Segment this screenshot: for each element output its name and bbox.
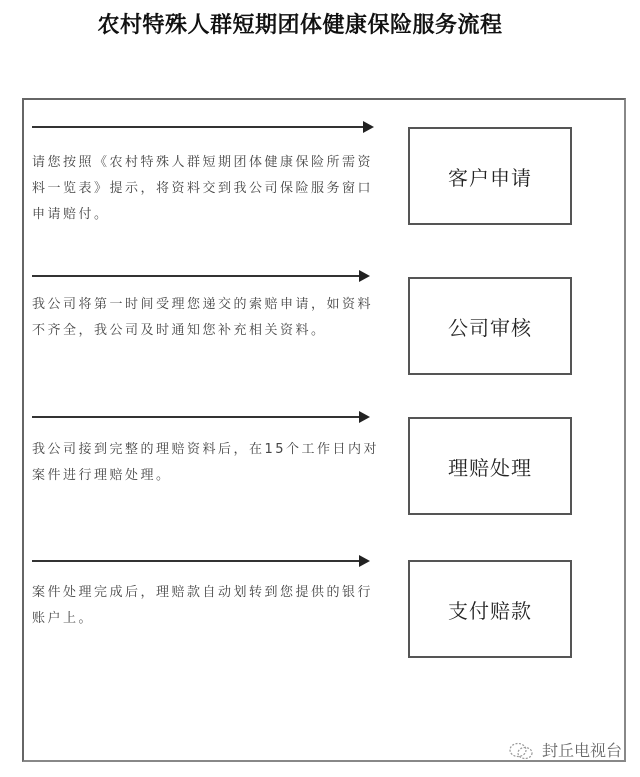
step-description: 案件处理完成后，理赔款自动划转到您提供的银行账户上。 xyxy=(32,580,382,632)
step-description: 我公司将第一时间受理您递交的索赔申请，如资料不齐全，我公司及时通知您补充相关资料… xyxy=(32,292,382,344)
wechat-icon xyxy=(508,742,534,758)
arrow-right-icon xyxy=(32,416,360,418)
arrow-right-icon xyxy=(32,560,360,562)
step-box-company-review: 公司审核 xyxy=(408,277,572,375)
step-box-customer-application: 客户申请 xyxy=(408,127,572,225)
arrow-right-icon xyxy=(32,126,364,128)
step-box-claim-processing: 理赔处理 xyxy=(408,417,572,515)
step-description: 我公司接到完整的理赔资料后，在15个工作日内对案件进行理赔处理。 xyxy=(32,437,382,489)
arrow-right-icon xyxy=(32,275,360,277)
step-box-pay-compensation: 支付赔款 xyxy=(408,560,572,658)
page-title: 农村特殊人群短期团体健康保险服务流程 xyxy=(0,8,600,39)
step-description: 请您按照《农村特殊人群短期团体健康保险所需资料一览表》提示，将资料交到我公司保险… xyxy=(32,150,382,228)
watermark: 封丘电视台 xyxy=(508,738,622,761)
watermark-text: 封丘电视台 xyxy=(542,738,622,761)
